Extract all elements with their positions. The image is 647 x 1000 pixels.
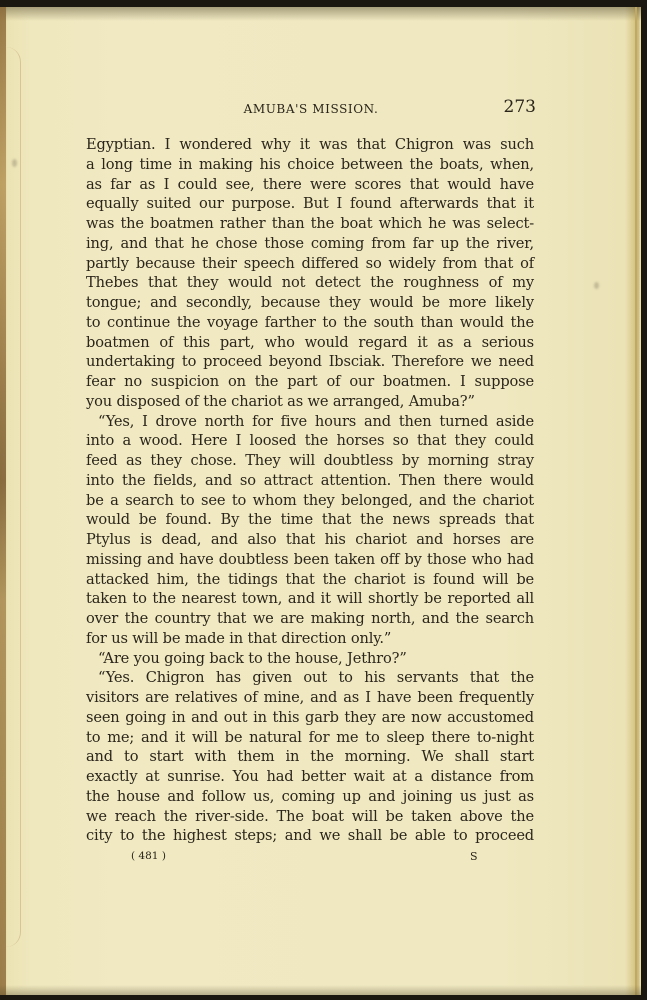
text-line: city to the highest steps; and we shall … xyxy=(86,826,534,846)
text-line: fear no suspicion on the part of our boa… xyxy=(86,372,534,392)
scanned-book-page: AMUBA'S MISSION. 273 Egyptian. I wondere… xyxy=(0,0,647,1000)
signature-mark: S xyxy=(470,850,478,863)
ink-spot xyxy=(12,159,17,167)
page-number: 273 xyxy=(504,97,536,117)
text-line: visitors are relatives of mine, and as I… xyxy=(86,688,534,708)
text-line: “Yes, I drove north for five hours and t… xyxy=(86,412,534,432)
text-line: boatmen of this part, who would regard i… xyxy=(86,333,534,353)
text-line: “Are you going back to the house, Jethro… xyxy=(86,649,534,669)
text-line: “Yes. Chigron has given out to his serva… xyxy=(86,668,534,688)
text-line: was the boatmen rather than the boat whi… xyxy=(86,214,534,234)
ink-spot xyxy=(594,282,599,289)
text-line: taken to the nearest town, and it will s… xyxy=(86,589,534,609)
text-line: Ptylus is dead, and also that his chario… xyxy=(86,530,534,550)
text-line: ing, and that he chose those coming from… xyxy=(86,234,534,254)
text-line: seen going in and out in this garb they … xyxy=(86,708,534,728)
text-line: attacked him, the tidings that the chari… xyxy=(86,570,534,590)
text-line: be a search to see to whom they belonged… xyxy=(86,491,534,511)
text-line: a long time in making his choice between… xyxy=(86,155,534,175)
text-line: Thebes that they would not detect the ro… xyxy=(86,273,534,293)
text-line: to me; and it will be natural for me to … xyxy=(86,728,534,748)
printer-number: ( 481 ) xyxy=(131,850,166,862)
gutter-curve-shadow xyxy=(6,47,21,947)
text-line: we reach the river-side. The boat will b… xyxy=(86,807,534,827)
page-right-edge xyxy=(635,7,637,995)
text-line: and to start with them in the morning. W… xyxy=(86,747,534,767)
running-title: AMUBA'S MISSION. xyxy=(86,102,536,116)
text-line: the house and follow us, coming up and j… xyxy=(86,787,534,807)
text-line: missing and have doubtless been taken of… xyxy=(86,550,534,570)
text-line: equally suited our purpose. But I found … xyxy=(86,194,534,214)
running-head: AMUBA'S MISSION. 273 xyxy=(86,97,536,121)
text-line: Egyptian. I wondered why it was that Chi… xyxy=(86,135,534,155)
text-line: into the fields, and so attract attentio… xyxy=(86,471,534,491)
body-text: Egyptian. I wondered why it was that Chi… xyxy=(86,135,534,846)
text-line: undertaking to proceed beyond Ibsciak. T… xyxy=(86,352,534,372)
text-line: tongue; and secondly, because they would… xyxy=(86,293,534,313)
text-line: partly because their speech differed so … xyxy=(86,254,534,274)
page-paper: AMUBA'S MISSION. 273 Egyptian. I wondere… xyxy=(0,7,641,995)
text-line: to continue the voyage farther to the so… xyxy=(86,313,534,333)
text-line: exactly at sunrise. You had better wait … xyxy=(86,767,534,787)
text-line: you disposed of the chariot as we arrang… xyxy=(86,392,534,412)
text-line: into a wood. Here I loosed the horses so… xyxy=(86,431,534,451)
text-line: over the country that we are making nort… xyxy=(86,609,534,629)
text-line: as far as I could see, there were scores… xyxy=(86,175,534,195)
text-line: feed as they chose. They will doubtless … xyxy=(86,451,534,471)
text-line: would be found. By the time that the new… xyxy=(86,510,534,530)
page-footer: ( 481 ) S xyxy=(86,850,534,868)
text-line: for us will be made in that direction on… xyxy=(86,629,534,649)
